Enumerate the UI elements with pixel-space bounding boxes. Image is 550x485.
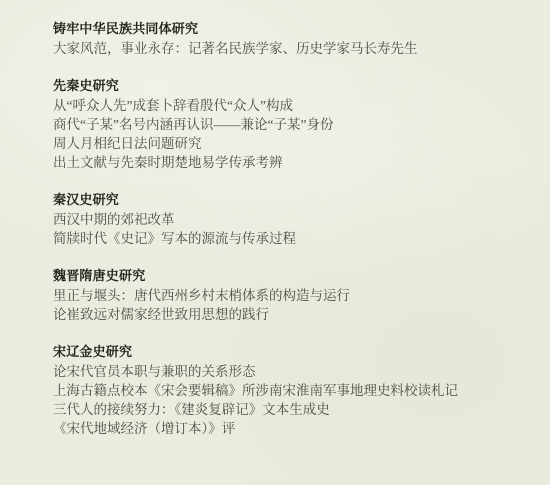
journal-toc-page: 铸牢中华民族共同体研究 大家风范，事业永存：记著名民族学家、历史学家马长寿先生 … [0, 0, 550, 485]
section-qinhan: 秦汉史研究 西汉中期的郊祀改革 简牍时代《史记》写本的源流与传承过程 [53, 191, 520, 248]
article-title: 出土文献与先秦时期楚地易学传承考辨 [53, 153, 520, 172]
section-weijin-suitang: 魏晋隋唐史研究 里正与堰头：唐代西州乡村末梢体系的构造与运行 论崔致远对儒家经世… [53, 267, 520, 324]
section-zhulao-zhonghua: 铸牢中华民族共同体研究 大家风范，事业永存：记著名民族学家、历史学家马长寿先生 [53, 20, 520, 58]
section-heading: 宋辽金史研究 [53, 343, 520, 362]
article-title: 《宋代地域经济（增订本）》评 [53, 419, 520, 438]
section-heading: 先秦史研究 [53, 77, 520, 96]
article-title: 论宋代官员本职与兼职的关系形态 [53, 362, 520, 381]
article-title: 三代人的接续努力：《建炎复辟记》文本生成史 [53, 400, 520, 419]
article-title: 论崔致远对儒家经世致用思想的践行 [53, 305, 520, 324]
section-songliaojin: 宋辽金史研究 论宋代官员本职与兼职的关系形态 上海古籍点校本《宋会要辑稿》所涉南… [53, 343, 520, 438]
section-heading: 秦汉史研究 [53, 191, 520, 210]
article-title: 简牍时代《史记》写本的源流与传承过程 [53, 229, 520, 248]
article-title: 里正与堰头：唐代西州乡村末梢体系的构造与运行 [53, 286, 520, 305]
article-title: 从“呼众人先”成套卜辞看殷代“众人”构成 [53, 96, 520, 115]
section-heading: 魏晋隋唐史研究 [53, 267, 520, 286]
article-title: 周人月相纪日法问题研究 [53, 134, 520, 153]
article-title: 西汉中期的郊祀改革 [53, 210, 520, 229]
section-heading: 铸牢中华民族共同体研究 [53, 20, 520, 39]
article-title: 上海古籍点校本《宋会要辑稿》所涉南宋淮南军事地理史料校读札记 [53, 381, 520, 400]
article-title: 大家风范，事业永存：记著名民族学家、历史学家马长寿先生 [53, 39, 520, 58]
section-xianqin: 先秦史研究 从“呼众人先”成套卜辞看殷代“众人”构成 商代“子某”名号内涵再认识… [53, 77, 520, 172]
article-title: 商代“子某”名号内涵再认识——兼论“子某”身份 [53, 115, 520, 134]
